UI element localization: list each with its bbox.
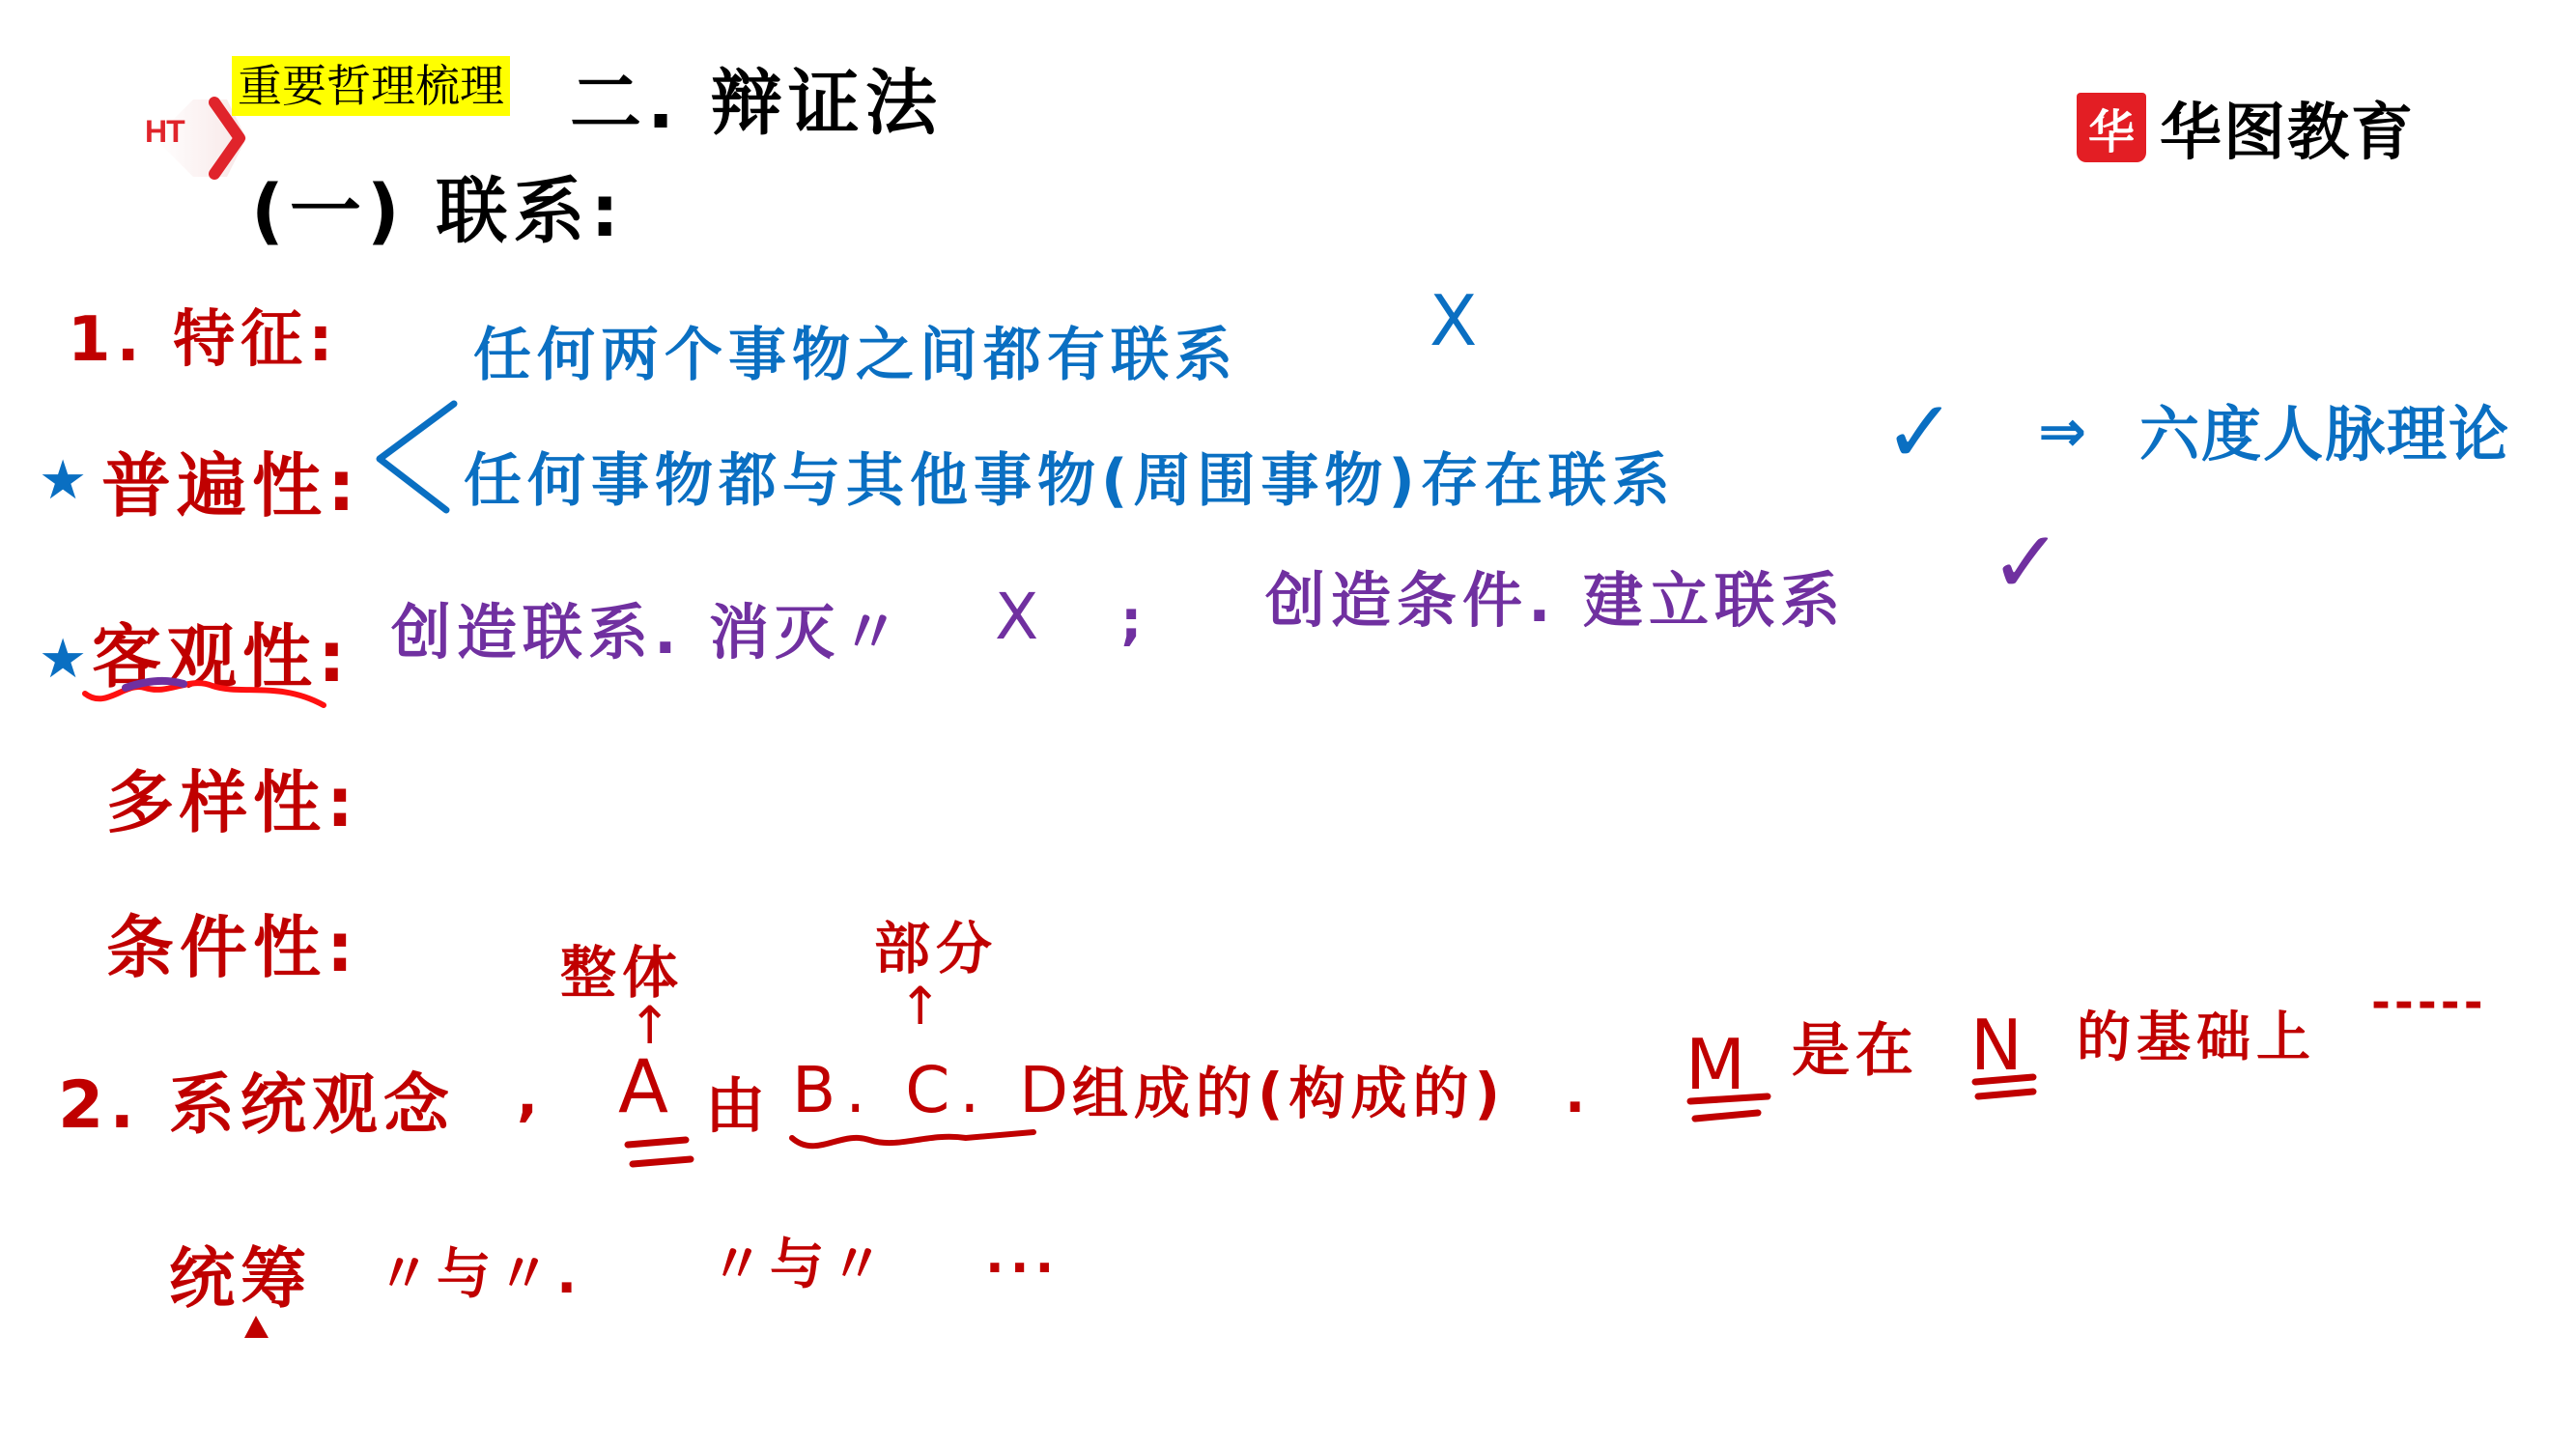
huatu-brand-name: 华图教育 (2160, 83, 2415, 172)
ellipsis: ----- (2371, 976, 2487, 1030)
check-mark-icon: ✓ (1990, 512, 2068, 613)
wrong-mark-icon: X (1430, 280, 1483, 361)
coordination-label: 统筹 (169, 1227, 312, 1321)
wrong-mark-icon: X (995, 580, 1044, 654)
double-underline (628, 1140, 691, 1164)
coordination-item: 〃与〃. (377, 1232, 582, 1309)
features-label: 1. 特征: (68, 290, 339, 379)
star-icon: ★ (39, 449, 87, 512)
objectivity-label: 客观性: (92, 601, 352, 701)
period: . (1565, 1063, 1591, 1125)
star-icon: ★ (39, 628, 87, 691)
basis-text: 的基础上 (2077, 995, 2316, 1072)
by-text: 由 (705, 1058, 771, 1144)
letter-a: A (618, 1043, 674, 1129)
diversity-label: 多样性: (106, 749, 359, 846)
objectivity-wrong-statement: 创造联系. 消灭〃 (391, 584, 906, 670)
universality-wrong-statement: 任何两个事物之间都有联系 (473, 309, 1238, 392)
coordination-item: 〃与〃 (710, 1222, 890, 1299)
objectivity-right-statement: 创造条件. 建立联系 (1265, 553, 1846, 639)
implies-arrow-icon: ⇒ (2038, 398, 2092, 466)
universality-label: 普遍性: (101, 430, 361, 530)
part-label: 部分 (874, 903, 998, 984)
huatu-shield-icon: 华 (2077, 93, 2146, 162)
systems-view-label: 2. 系统观念 (58, 1053, 455, 1147)
brace-icon (380, 404, 454, 510)
universality-conclusion: 六度人脉理论 (2139, 386, 2510, 472)
section-heading: 二. 辩证法 (570, 46, 943, 149)
wavy-underline (792, 1132, 1033, 1146)
coordination-ellipsis: ... (985, 1227, 1060, 1285)
huatu-logo: 华 华图教育 (2077, 93, 2415, 162)
letter-n: N (1970, 1005, 2028, 1086)
ht-logo-text: HT (145, 114, 184, 150)
subsection-heading: (一) 联系: (251, 155, 625, 257)
conditionality-label: 条件性: (106, 894, 359, 991)
check-mark-icon: ✓ (1883, 382, 1962, 483)
up-arrow-icon: ↑ (898, 976, 948, 1037)
composed-text: 组成的(构成的) (1072, 1048, 1506, 1129)
parts-text: B. C. D (792, 1053, 1078, 1127)
universality-right-statement: 任何事物都与其他事物(周围事物)存在联系 (464, 435, 1676, 518)
highlight-title: 重要哲理梳理 (232, 56, 510, 116)
is-on-text: 是在 (1792, 1005, 1919, 1088)
comma: , (517, 1063, 544, 1128)
separator: ; (1120, 589, 1147, 652)
letter-m: M (1685, 1024, 1751, 1105)
